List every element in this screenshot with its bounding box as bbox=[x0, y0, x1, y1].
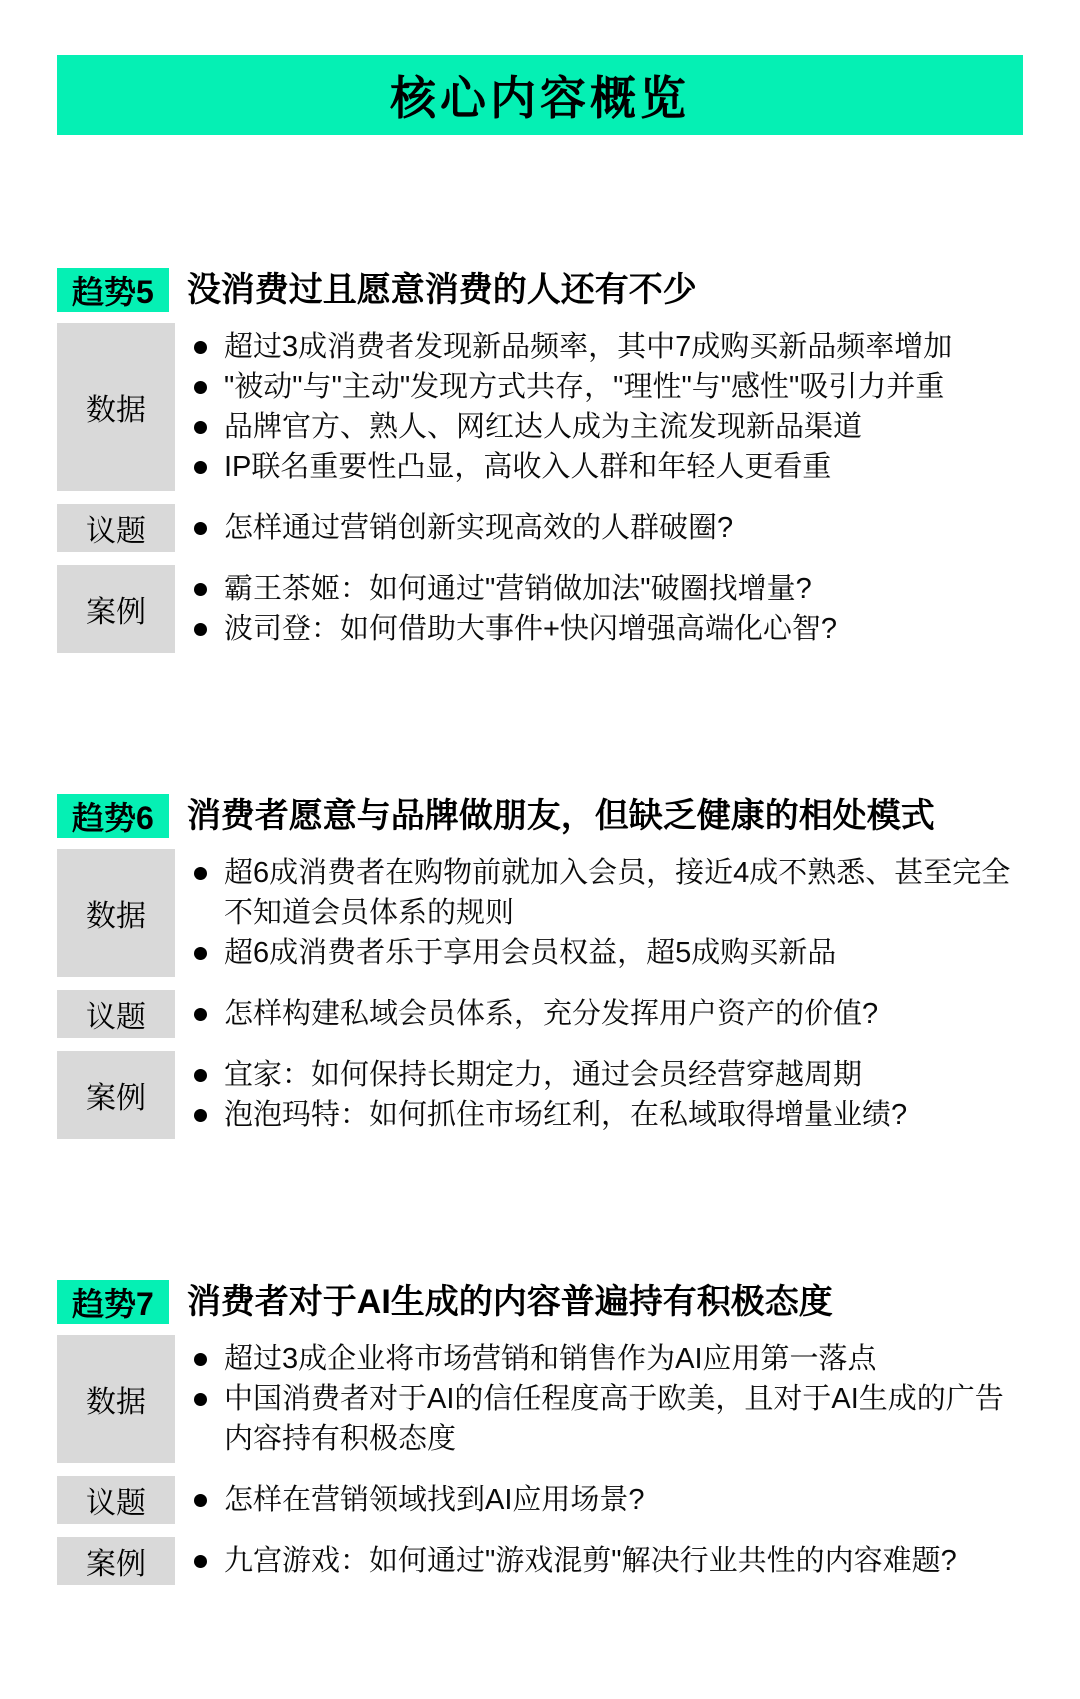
bullet-icon bbox=[194, 1069, 207, 1082]
item-text: 中国消费者对于AI的信任程度高于欧美，且对于AI生成的广告内容持有积极态度 bbox=[224, 1379, 1023, 1459]
trend-section-5: 趋势5 没消费过且愿意消费的人还有不少 数据 超过3成消费者发现新品频率，其中7… bbox=[57, 268, 1023, 653]
list-item: 宜家：如何保持长期定力，通过会员经营穿越周期 bbox=[191, 1055, 1023, 1095]
trend-5-data-row: 数据 超过3成消费者发现新品频率，其中7成购买新品频率增加 "被动"与"主动"发… bbox=[57, 323, 1023, 491]
item-text: 超过3成消费者发现新品频率，其中7成购买新品频率增加 bbox=[224, 327, 1023, 367]
list-item: 霸王茶姬：如何通过"营销做加法"破圈找增量? bbox=[191, 569, 1023, 609]
list-item: 怎样在营销领域找到AI应用场景? bbox=[191, 1480, 1023, 1520]
data-items: 超过3成消费者发现新品频率，其中7成购买新品频率增加 "被动"与"主动"发现方式… bbox=[175, 323, 1023, 491]
trend-7-data-row: 数据 超过3成企业将市场营销和销售作为AI应用第一落点 中国消费者对于AI的信任… bbox=[57, 1335, 1023, 1463]
trend-6-badge: 趋势6 bbox=[57, 794, 169, 838]
trend-7-title: 消费者对于AI生成的内容普遍持有积极态度 bbox=[187, 1280, 833, 1324]
trend-5-badge: 趋势5 bbox=[57, 268, 169, 312]
overview-page: 核心内容概览 趋势5 没消费过且愿意消费的人还有不少 数据 超过3成消费者发现新… bbox=[0, 0, 1080, 1699]
trend-6-topic-row: 议题 怎样构建私域会员体系，充分发挥用户资产的价值? bbox=[57, 990, 1023, 1038]
trend-6-header: 趋势6 消费者愿意与品牌做朋友，但缺乏健康的相处模式 bbox=[57, 794, 1023, 838]
trend-6-title: 消费者愿意与品牌做朋友，但缺乏健康的相处模式 bbox=[187, 794, 935, 838]
list-item: IP联名重要性凸显，高收入人群和年轻人更看重 bbox=[191, 447, 1023, 487]
list-item: 超过3成企业将市场营销和销售作为AI应用第一落点 bbox=[191, 1339, 1023, 1379]
item-text: 泡泡玛特：如何抓住市场红利，在私域取得增量业绩? bbox=[224, 1095, 1023, 1135]
item-text: 波司登：如何借助大事件+快闪增强高端化心智? bbox=[224, 609, 1023, 649]
topic-items: 怎样构建私域会员体系，充分发挥用户资产的价值? bbox=[175, 990, 1023, 1038]
trend-7-header: 趋势7 消费者对于AI生成的内容普遍持有积极态度 bbox=[57, 1280, 1023, 1324]
data-items: 超过3成企业将市场营销和销售作为AI应用第一落点 中国消费者对于AI的信任程度高… bbox=[175, 1335, 1023, 1463]
trend-section-7: 趋势7 消费者对于AI生成的内容普遍持有积极态度 数据 超过3成企业将市场营销和… bbox=[57, 1280, 1023, 1585]
bullet-icon bbox=[194, 421, 207, 434]
item-text: 怎样构建私域会员体系，充分发挥用户资产的价值? bbox=[224, 994, 1023, 1034]
bullet-icon bbox=[194, 623, 207, 636]
row-label-data: 数据 bbox=[57, 323, 175, 491]
case-items: 宜家：如何保持长期定力，通过会员经营穿越周期 泡泡玛特：如何抓住市场红利，在私域… bbox=[175, 1051, 1023, 1139]
list-item: 中国消费者对于AI的信任程度高于欧美，且对于AI生成的广告内容持有积极态度 bbox=[191, 1379, 1023, 1459]
list-item: 九宫游戏：如何通过"游戏混剪"解决行业共性的内容难题? bbox=[191, 1541, 1023, 1581]
item-text: 怎样在营销领域找到AI应用场景? bbox=[224, 1480, 1023, 1520]
case-items: 霸王茶姬：如何通过"营销做加法"破圈找增量? 波司登：如何借助大事件+快闪增强高… bbox=[175, 565, 1023, 653]
page-title: 核心内容概览 bbox=[390, 62, 690, 128]
trend-5-header: 趋势5 没消费过且愿意消费的人还有不少 bbox=[57, 268, 1023, 312]
trend-5-case-row: 案例 霸王茶姬：如何通过"营销做加法"破圈找增量? 波司登：如何借助大事件+快闪… bbox=[57, 565, 1023, 653]
item-text: 宜家：如何保持长期定力，通过会员经营穿越周期 bbox=[224, 1055, 1023, 1095]
bullet-icon bbox=[194, 1353, 207, 1366]
row-label-case: 案例 bbox=[57, 565, 175, 653]
item-text: 超6成消费者在购物前就加入会员，接近4成不熟悉、甚至完全不知道会员体系的规则 bbox=[224, 853, 1023, 933]
trend-5-title: 没消费过且愿意消费的人还有不少 bbox=[187, 268, 697, 312]
bullet-icon bbox=[194, 583, 207, 596]
bullet-icon bbox=[194, 867, 207, 880]
bullet-icon bbox=[194, 1494, 207, 1507]
topic-items: 怎样在营销领域找到AI应用场景? bbox=[175, 1476, 1023, 1524]
bullet-icon bbox=[194, 947, 207, 960]
trend-7-topic-row: 议题 怎样在营销领域找到AI应用场景? bbox=[57, 1476, 1023, 1524]
item-text: 九宫游戏：如何通过"游戏混剪"解决行业共性的内容难题? bbox=[224, 1541, 1023, 1581]
item-text: 超6成消费者乐于享用会员权益，超5成购买新品 bbox=[224, 933, 1023, 973]
bullet-icon bbox=[194, 522, 207, 535]
item-text: IP联名重要性凸显，高收入人群和年轻人更看重 bbox=[224, 447, 1023, 487]
bullet-icon bbox=[194, 461, 207, 474]
list-item: 怎样通过营销创新实现高效的人群破圈? bbox=[191, 508, 1023, 548]
list-item: 超6成消费者在购物前就加入会员，接近4成不熟悉、甚至完全不知道会员体系的规则 bbox=[191, 853, 1023, 933]
item-text: 品牌官方、熟人、网红达人成为主流发现新品渠道 bbox=[224, 407, 1023, 447]
topic-items: 怎样通过营销创新实现高效的人群破圈? bbox=[175, 504, 1023, 552]
list-item: 超过3成消费者发现新品频率，其中7成购买新品频率增加 bbox=[191, 327, 1023, 367]
list-item: 超6成消费者乐于享用会员权益，超5成购买新品 bbox=[191, 933, 1023, 973]
row-label-case: 案例 bbox=[57, 1051, 175, 1139]
row-label-data: 数据 bbox=[57, 1335, 175, 1463]
bullet-icon bbox=[194, 1109, 207, 1122]
list-item: 品牌官方、熟人、网红达人成为主流发现新品渠道 bbox=[191, 407, 1023, 447]
list-item: "被动"与"主动"发现方式共存，"理性"与"感性"吸引力并重 bbox=[191, 367, 1023, 407]
trend-6-case-row: 案例 宜家：如何保持长期定力，通过会员经营穿越周期 泡泡玛特：如何抓住市场红利，… bbox=[57, 1051, 1023, 1139]
page-title-banner: 核心内容概览 bbox=[57, 55, 1023, 135]
list-item: 怎样构建私域会员体系，充分发挥用户资产的价值? bbox=[191, 994, 1023, 1034]
row-label-topic: 议题 bbox=[57, 1476, 175, 1524]
trend-section-6: 趋势6 消费者愿意与品牌做朋友，但缺乏健康的相处模式 数据 超6成消费者在购物前… bbox=[57, 794, 1023, 1139]
trend-7-badge: 趋势7 bbox=[57, 1280, 169, 1324]
list-item: 泡泡玛特：如何抓住市场红利，在私域取得增量业绩? bbox=[191, 1095, 1023, 1135]
case-items: 九宫游戏：如何通过"游戏混剪"解决行业共性的内容难题? bbox=[175, 1537, 1023, 1585]
item-text: 超过3成企业将市场营销和销售作为AI应用第一落点 bbox=[224, 1339, 1023, 1379]
row-label-topic: 议题 bbox=[57, 990, 175, 1038]
trend-6-data-row: 数据 超6成消费者在购物前就加入会员，接近4成不熟悉、甚至完全不知道会员体系的规… bbox=[57, 849, 1023, 977]
row-label-topic: 议题 bbox=[57, 504, 175, 552]
trend-5-topic-row: 议题 怎样通过营销创新实现高效的人群破圈? bbox=[57, 504, 1023, 552]
data-items: 超6成消费者在购物前就加入会员，接近4成不熟悉、甚至完全不知道会员体系的规则 超… bbox=[175, 849, 1023, 977]
bullet-icon bbox=[194, 1008, 207, 1021]
bullet-icon bbox=[194, 381, 207, 394]
bullet-icon bbox=[194, 1555, 207, 1568]
bullet-icon bbox=[194, 341, 207, 354]
bullet-icon bbox=[194, 1393, 207, 1406]
list-item: 波司登：如何借助大事件+快闪增强高端化心智? bbox=[191, 609, 1023, 649]
trend-7-case-row: 案例 九宫游戏：如何通过"游戏混剪"解决行业共性的内容难题? bbox=[57, 1537, 1023, 1585]
item-text: 霸王茶姬：如何通过"营销做加法"破圈找增量? bbox=[224, 569, 1023, 609]
row-label-case: 案例 bbox=[57, 1537, 175, 1585]
item-text: "被动"与"主动"发现方式共存，"理性"与"感性"吸引力并重 bbox=[224, 367, 1023, 407]
item-text: 怎样通过营销创新实现高效的人群破圈? bbox=[224, 508, 1023, 548]
row-label-data: 数据 bbox=[57, 849, 175, 977]
